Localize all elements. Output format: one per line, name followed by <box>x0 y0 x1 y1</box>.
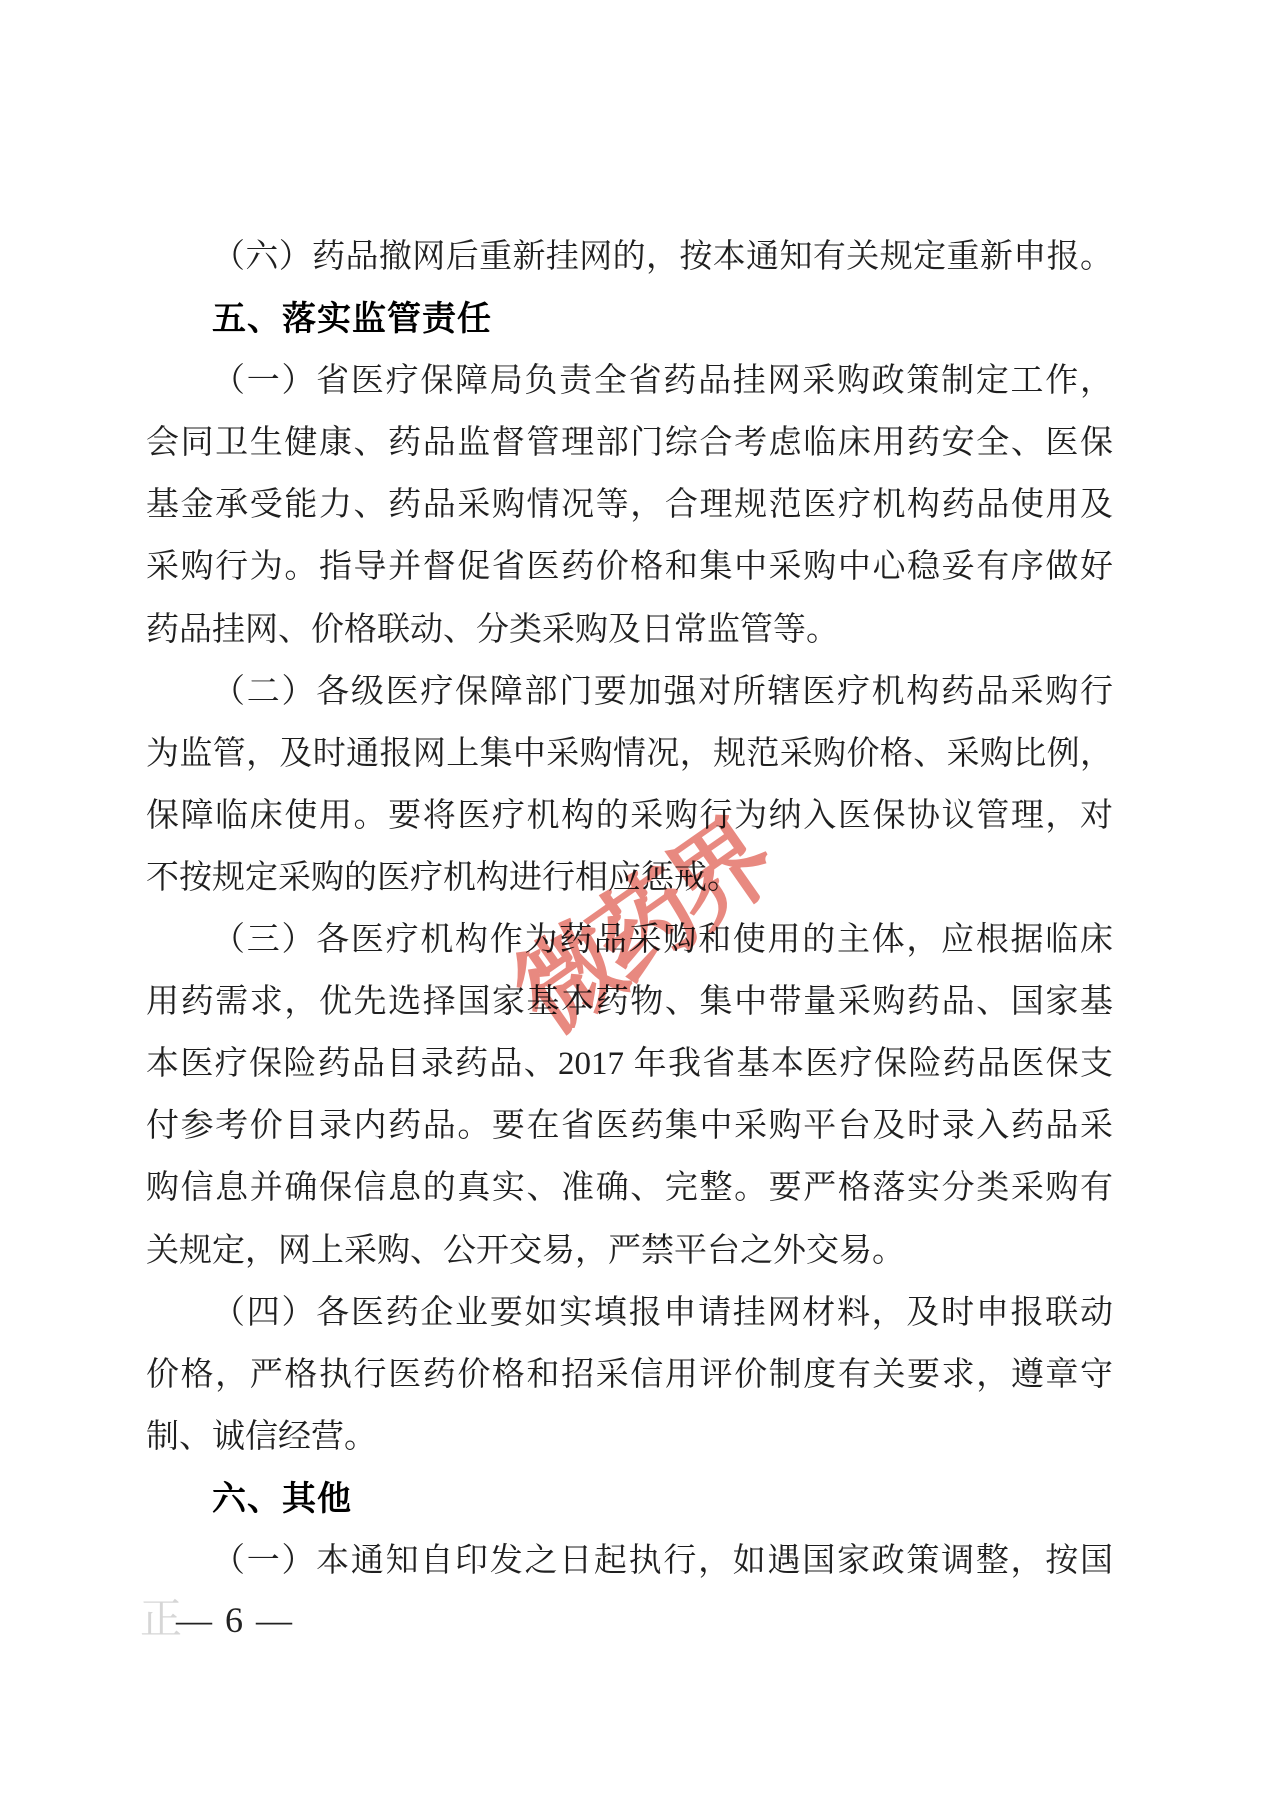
text-line: 价格，严格执行医药价格和招采信用评价制度有关要求，遵章守 <box>146 1344 1113 1406</box>
text-line: 为监管，及时通报网上集中采购情况，规范采购价格、采购比例， <box>146 723 1113 785</box>
text-line: （三）各医疗机构作为药品采购和使用的主体，应根据临床 <box>146 909 1113 971</box>
text-line: （四）各医药企业要如实填报申请挂网材料，及时申报联动 <box>146 1282 1113 1344</box>
text-line: 制、诚信经营。 <box>146 1406 1113 1468</box>
text-line: 购信息并确保信息的真实、准确、完整。要严格落实分类采购有 <box>146 1157 1113 1219</box>
text-line: 药品挂网、价格联动、分类采购及日常监管等。 <box>146 599 1113 661</box>
text-line: 保障临床使用。要将医疗机构的采购行为纳入医保协议管理，对 <box>146 785 1113 847</box>
document-body: （六）药品撤网后重新挂网的，按本通知有关规定重新申报。五、落实监管责任（一）省医… <box>146 226 1113 1592</box>
page-footer: 正 — 6 — <box>140 1598 294 1642</box>
document-page: （六）药品撤网后重新挂网的，按本通知有关规定重新申报。五、落实监管责任（一）省医… <box>0 0 1280 1810</box>
text-line: 关规定，网上采购、公开交易，严禁平台之外交易。 <box>146 1220 1113 1282</box>
text-line: 基金承受能力、药品采购情况等，合理规范医疗机构药品使用及 <box>146 474 1113 536</box>
text-line: （二）各级医疗保障部门要加强对所辖医疗机构药品采购行 <box>146 661 1113 723</box>
text-line: （六）药品撤网后重新挂网的，按本通知有关规定重新申报。 <box>146 226 1113 288</box>
text-line: 采购行为。指导并督促省医药价格和集中采购中心稳妥有序做好 <box>146 536 1113 598</box>
heading-line: 六、其他 <box>146 1468 1113 1530</box>
page-number: — 6 — <box>176 1598 294 1642</box>
text-line: （一）本通知自印发之日起执行，如遇国家政策调整，按国 <box>146 1530 1113 1592</box>
text-line: 本医疗保险药品目录药品、2017 年我省基本医疗保险药品医保支 <box>146 1033 1113 1095</box>
text-line: 会同卫生健康、药品监督管理部门综合考虑临床用药安全、医保 <box>146 412 1113 474</box>
text-line: 用药需求，优先选择国家基本药物、集中带量采购药品、国家基 <box>146 971 1113 1033</box>
text-line: 不按规定采购的医疗机构进行相应惩戒。 <box>146 847 1113 909</box>
text-line: 付参考价目录内药品。要在省医药集中采购平台及时录入药品采 <box>146 1095 1113 1157</box>
text-line: （一）省医疗保障局负责全省药品挂网采购政策制定工作， <box>146 350 1113 412</box>
heading-line: 五、落实监管责任 <box>146 288 1113 350</box>
